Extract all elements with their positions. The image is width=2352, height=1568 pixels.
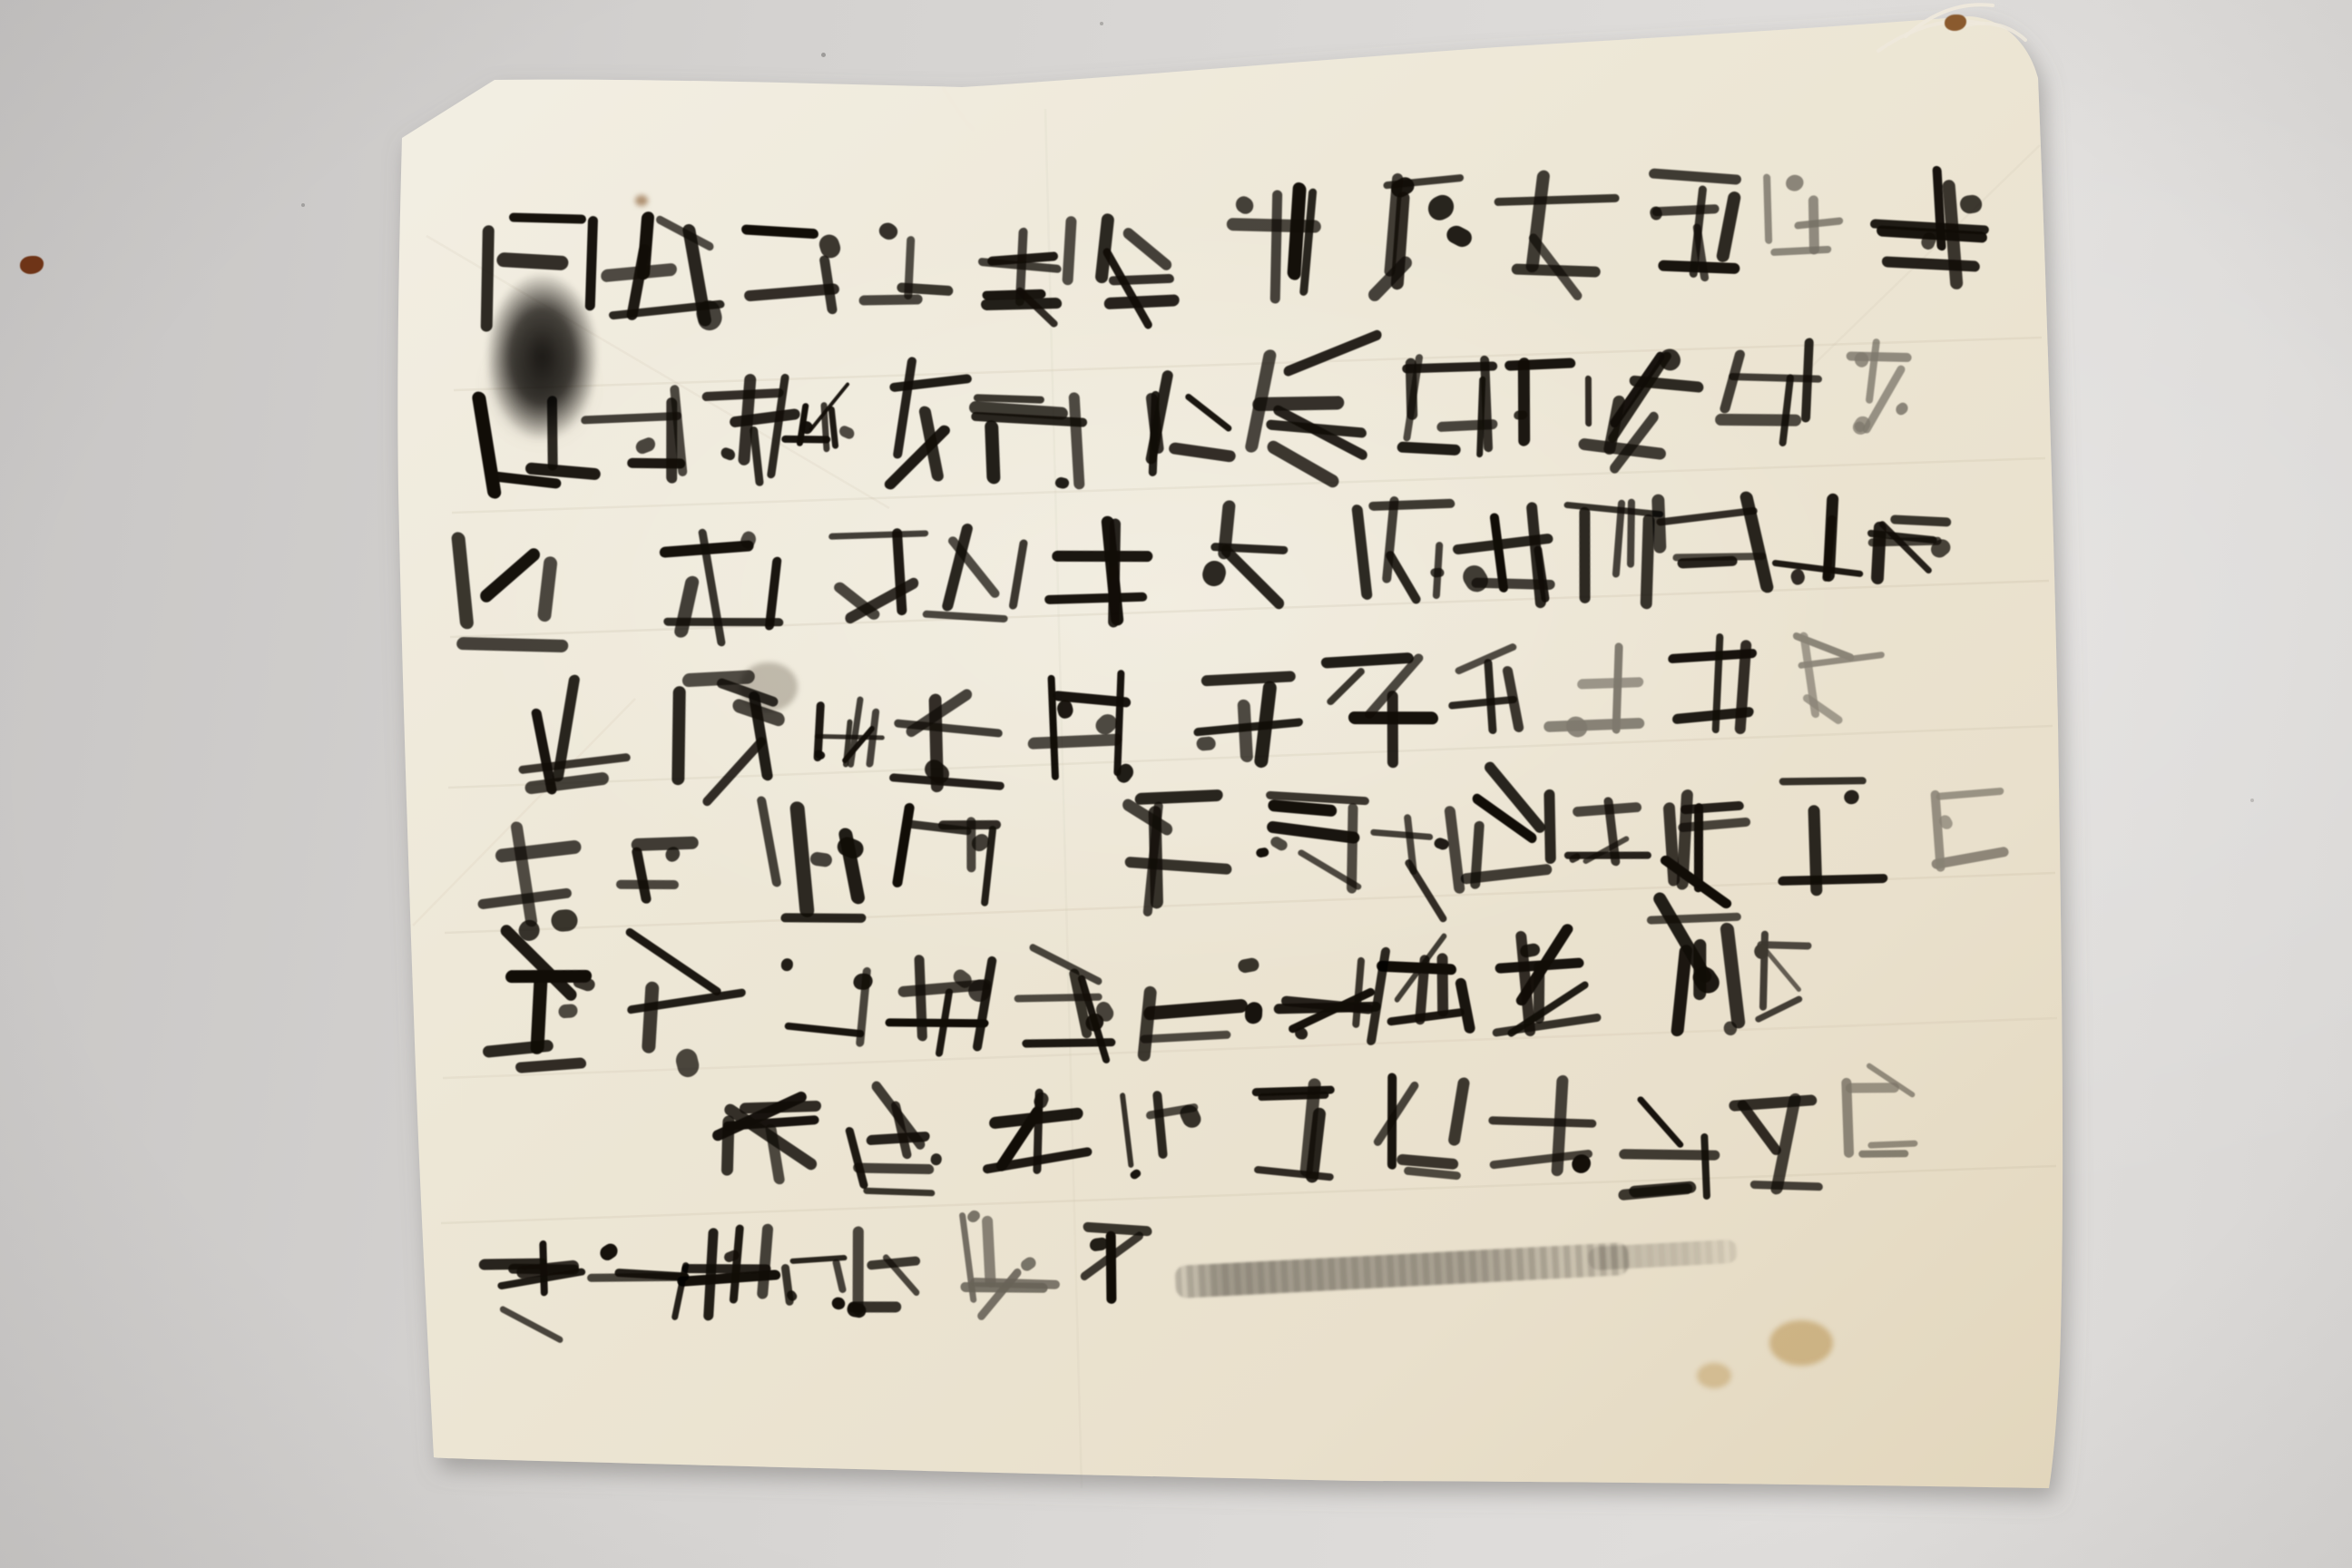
photo-of-manuscript [0,0,2352,1568]
paper-sheen [454,209,1869,989]
paper-sheet [0,0,2352,1568]
